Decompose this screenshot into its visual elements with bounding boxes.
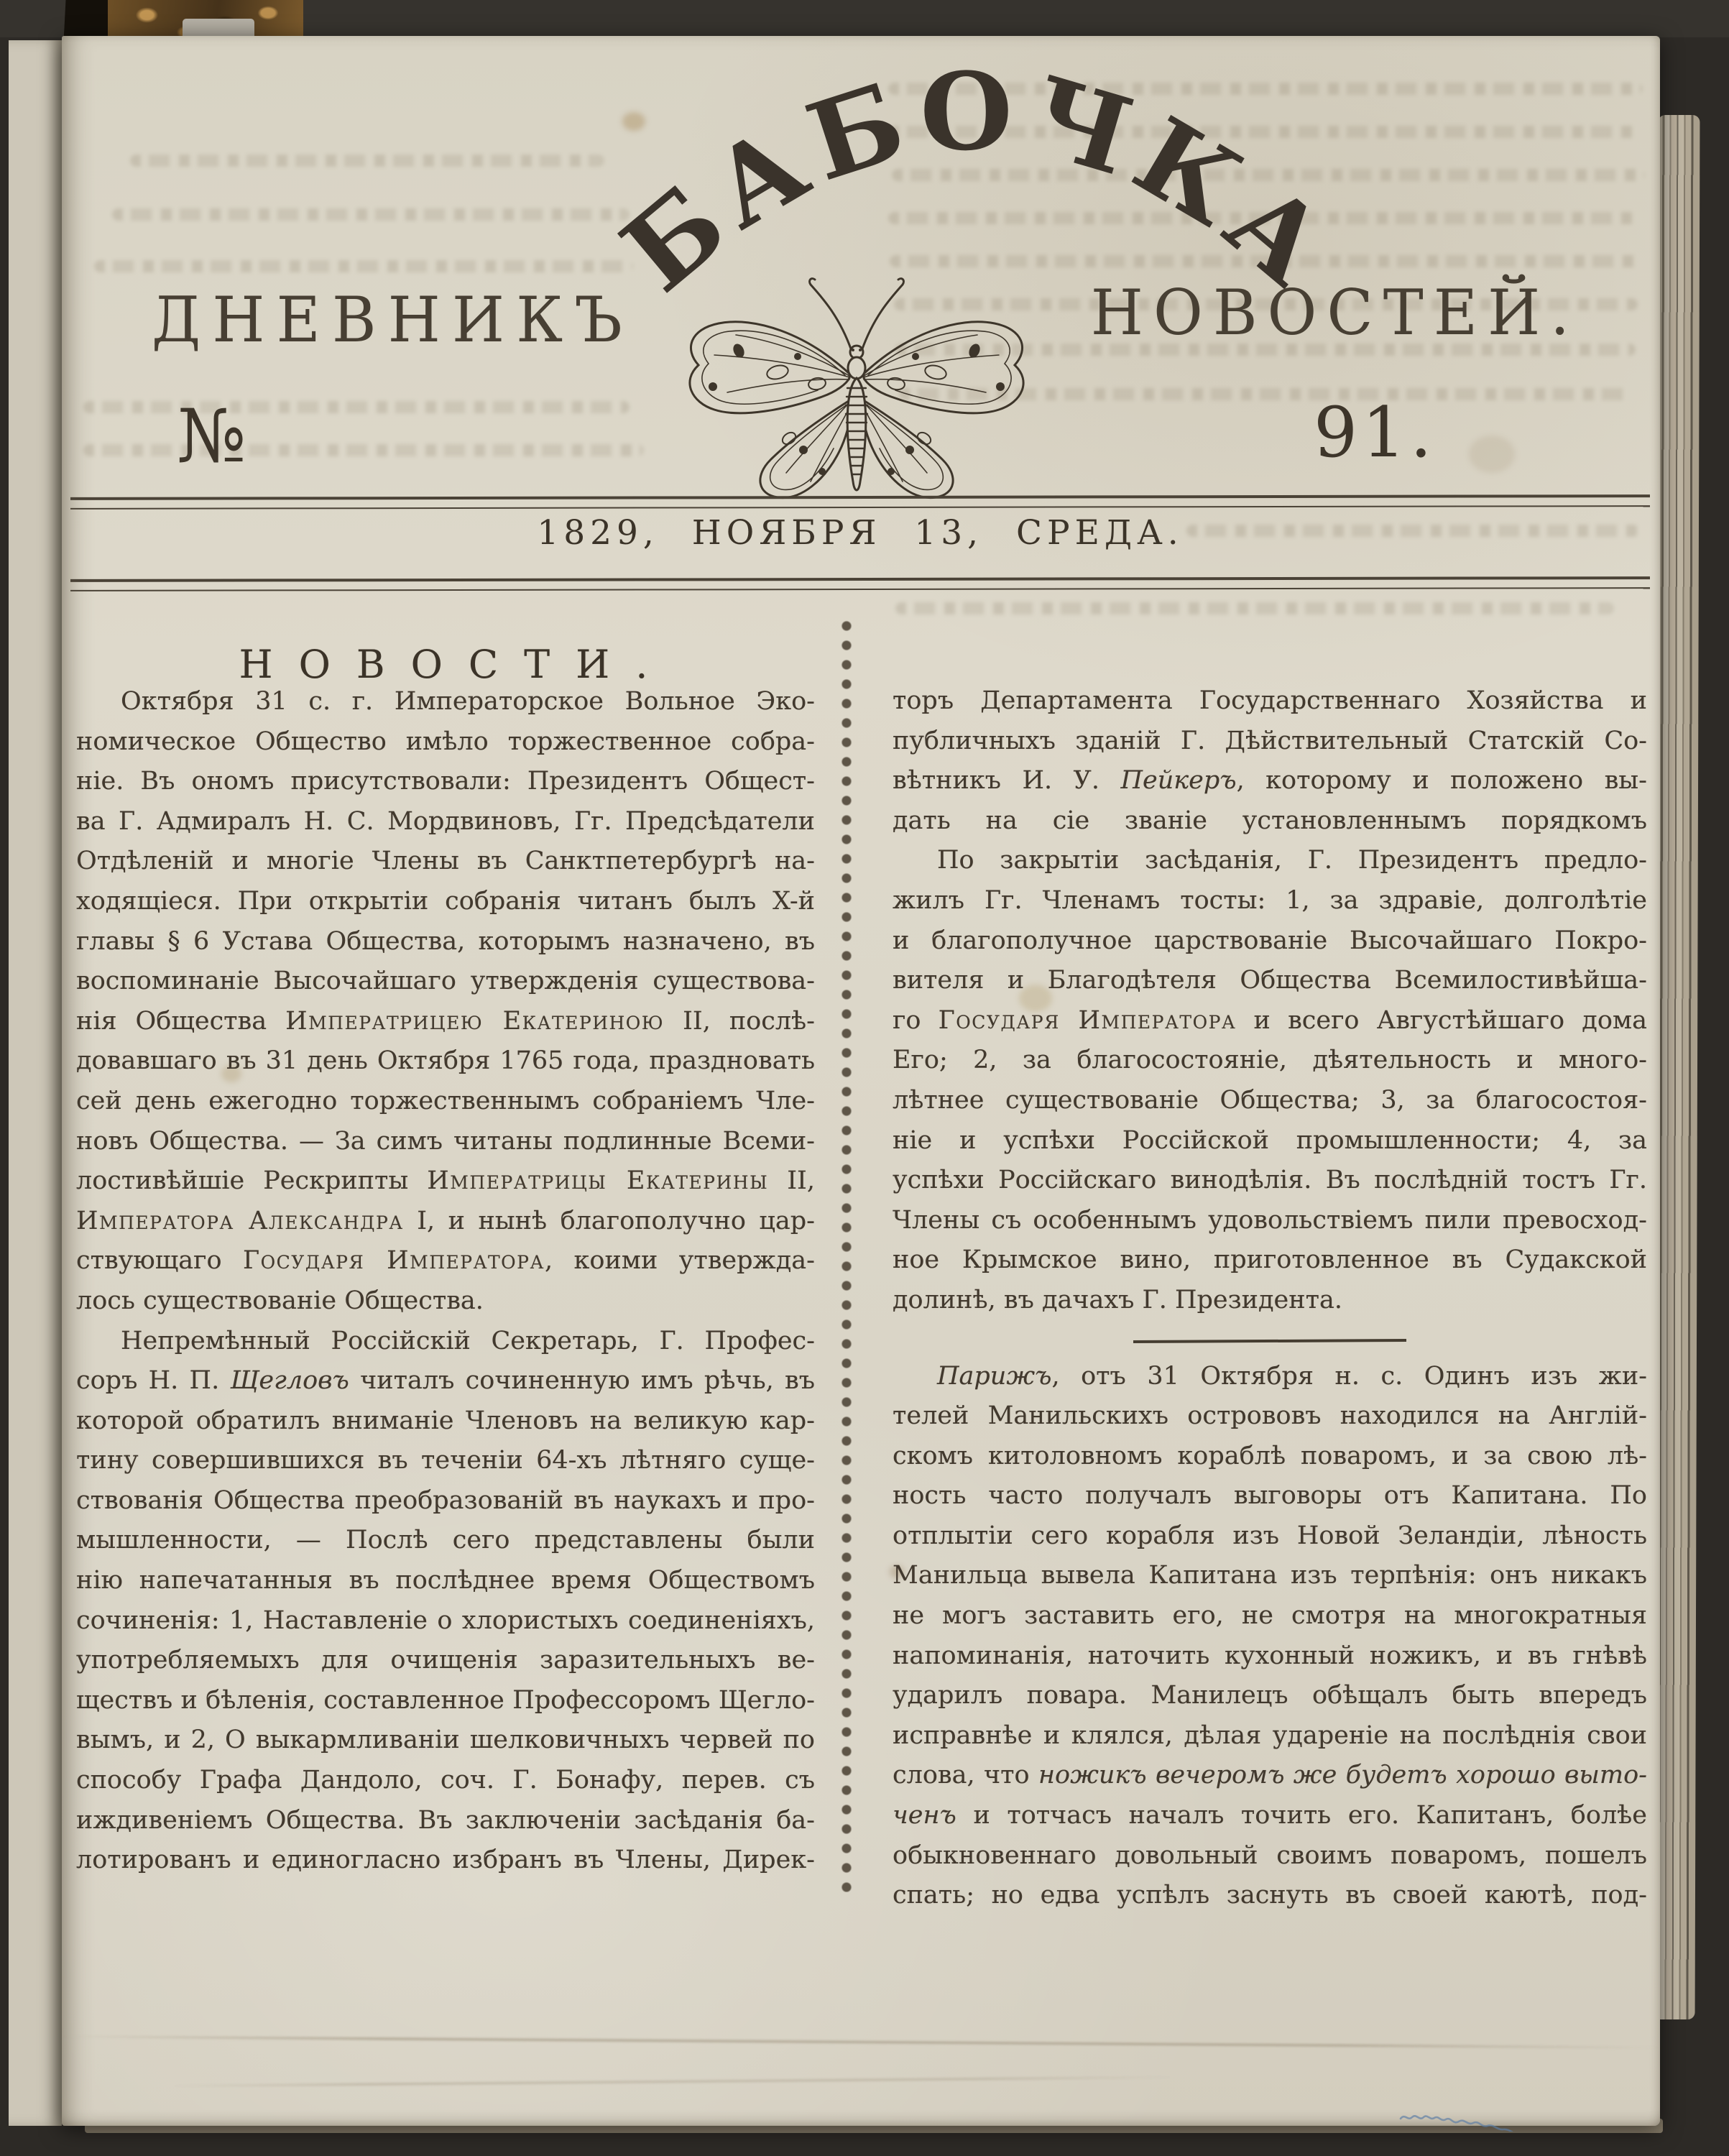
text-line: довавшаго въ 31 день Октября 1765 года, … bbox=[76, 1041, 815, 1082]
text-line: слова, что ножикъ вечеромъ же будетъ хор… bbox=[893, 1756, 1647, 1796]
text-line: успѣхи Россійскаго винодѣлія. Въ послѣдн… bbox=[893, 1161, 1647, 1201]
text-line: жилъ Гг. Членамъ тосты: 1, за здравіе, д… bbox=[893, 881, 1647, 921]
text-line: соръ Н. П. Щегловъ читалъ сочиненную имъ… bbox=[76, 1361, 815, 1401]
newspaper-page: БАБОЧКА ДНЕВНИКЪ НОВОСТЕЙ. № 91. bbox=[62, 36, 1660, 2126]
text-line: обыкновеннаго довольный своимъ поваромъ,… bbox=[893, 1836, 1647, 1876]
masthead-rule-top bbox=[70, 494, 1650, 510]
text-line: воспоминаніе Высочайшаго утвержденія сущ… bbox=[76, 962, 815, 1002]
text-line: ніе. Въ ономъ присутствовали: Президентъ… bbox=[76, 762, 815, 802]
text-line: По закрытіи засѣданія, Г. Президентъ пре… bbox=[893, 841, 1647, 881]
left-column-text: Октября 31 с. г. Императорское Вольное Э… bbox=[76, 682, 815, 1881]
article-separator-rule bbox=[1133, 1339, 1406, 1343]
text-line: Его; 2, за благосостояніе, дѣятельность … bbox=[893, 1041, 1647, 1081]
text-line: торъ Департамента Государственнаго Хозяй… bbox=[893, 681, 1647, 722]
text-line: лось существованіе Общества. bbox=[76, 1281, 815, 1322]
text-line: номическое Общество имѣло торжественное … bbox=[76, 722, 815, 763]
masthead-subtitle-right: НОВОСТЕЙ. bbox=[1091, 276, 1580, 349]
text-line: скомъ китоловномъ кораблѣ поваромъ, и за… bbox=[893, 1437, 1647, 1477]
text-line: сочиненія: 1, Наставленіе о хлористыхъ с… bbox=[76, 1601, 815, 1641]
text-line: нію напечатанныя въ послѣднее время Обще… bbox=[76, 1561, 815, 1601]
bleedthrough-ghost bbox=[94, 260, 633, 272]
butterfly-illustration bbox=[670, 264, 1043, 529]
right-column-text-part1: торъ Департамента Государственнаго Хозяй… bbox=[893, 681, 1647, 1321]
stacked-page-edges bbox=[1654, 115, 1700, 2019]
text-line: ное Крымское вино, приготовленное въ Суд… bbox=[893, 1240, 1647, 1281]
text-line: и благополучное царствованіе Высочайшаго… bbox=[893, 921, 1647, 962]
bleedthrough-ghost bbox=[83, 444, 644, 456]
text-line: способу Графа Дандоло, соч. Г. Бонафу, п… bbox=[76, 1761, 815, 1801]
left-column: НОВОСТИ. Октября 31 с. г. Императорское … bbox=[76, 642, 815, 1881]
dateline: 1829, НОЯБРЯ 13, СРЕДА. bbox=[70, 513, 1650, 553]
bleedthrough-ghost bbox=[112, 208, 630, 221]
text-line: Октября 31 с. г. Императорское Вольное Э… bbox=[76, 682, 815, 722]
paper-crease bbox=[62, 2035, 1660, 2049]
text-line: лѣтнее существованіе Общества; 3, за бла… bbox=[893, 1081, 1647, 1121]
text-line: ществъ и бѣленія, составленное Профессор… bbox=[76, 1681, 815, 1721]
text-line: отплытіи сего корабля изъ Новой Зеландіи… bbox=[893, 1516, 1647, 1557]
masthead-subtitle-left: ДНЕВНИКЪ bbox=[152, 283, 634, 356]
issue-number: 91. bbox=[1314, 392, 1437, 473]
text-line: мышленности, — Послѣ сего представлены б… bbox=[76, 1521, 815, 1561]
text-line: ствующаго Государя Императора, коими утв… bbox=[76, 1241, 815, 1281]
text-line: исправнѣе и клялся, дѣлая удареніе на по… bbox=[893, 1716, 1647, 1756]
text-line: вителя и Благодѣтеля Общества Всемилости… bbox=[893, 961, 1647, 1001]
text-line: ва Г. Адмиралъ Н. С. Мордвиновъ, Гг. Пре… bbox=[76, 802, 815, 842]
masthead-rule-bottom bbox=[70, 576, 1650, 591]
previous-page-edge bbox=[9, 40, 62, 2126]
text-line: публичныхъ зданій Г. Дѣйствительный Стат… bbox=[893, 722, 1647, 762]
text-line: напоминанія, наточить кухонный ножикъ, и… bbox=[893, 1636, 1647, 1677]
text-line: тину совершившихся въ теченіи 64-хъ лѣтн… bbox=[76, 1441, 815, 1481]
text-line: которой обратилъ вниманіе Членовъ на вел… bbox=[76, 1401, 815, 1442]
column-divider-ornament bbox=[838, 617, 855, 1892]
text-line: вѣтникъ И. У. Пейкеръ, которому и положе… bbox=[893, 761, 1647, 801]
bleedthrough-ghost bbox=[83, 401, 630, 413]
text-line: ность часто получалъ выговоры отъ Капита… bbox=[893, 1476, 1647, 1516]
text-line: ходящіеся. При открытіи собранія читанъ … bbox=[76, 882, 815, 922]
text-line: ніе и успѣхи Россійской промышленности; … bbox=[893, 1121, 1647, 1161]
text-line: не могъ заставить его, не смотря на мног… bbox=[893, 1596, 1647, 1636]
issue-number-symbol: № bbox=[177, 394, 246, 479]
text-line: Отдѣленій и многіе Члены въ Санктпетербу… bbox=[76, 842, 815, 882]
text-line: иждивеніемъ Общества. Въ заключеніи засѣ… bbox=[76, 1801, 815, 1841]
text-line: нія Общества Императрицею Екатериною II,… bbox=[76, 1002, 815, 1042]
text-line: ченъ и тотчасъ началъ точить его. Капита… bbox=[893, 1796, 1647, 1836]
bleedthrough-ghost bbox=[130, 155, 604, 167]
text-line: Манильца вывела Капитана изъ терпѣнія: о… bbox=[893, 1556, 1647, 1596]
text-line: ствованія Общества преобразованій въ нау… bbox=[76, 1481, 815, 1521]
text-line: лостивѣйшіе Рескрипты Императрицы Екатер… bbox=[76, 1161, 815, 1202]
scanned-newspaper-page: БАБОЧКА ДНЕВНИКЪ НОВОСТЕЙ. № 91. bbox=[0, 0, 1729, 2156]
text-line: Императора Александра I, и нынѣ благопол… bbox=[76, 1202, 815, 1242]
text-line: вымъ, и 2, О выкармливаніи шелковичныхъ … bbox=[76, 1720, 815, 1761]
text-line: телей Манильскихъ острововъ находился на… bbox=[893, 1396, 1647, 1437]
text-line: Парижъ, отъ 31 Октября н. с. Одинъ изъ ж… bbox=[893, 1357, 1647, 1397]
text-line: сей день ежегодно торжественнымъ собрані… bbox=[76, 1082, 815, 1122]
text-line: лотированъ и единогласно избранъ въ Член… bbox=[76, 1841, 815, 1881]
section-heading-news: НОВОСТИ. bbox=[98, 642, 815, 678]
text-line: ударилъ повара. Манилецъ обѣщалъ быть вп… bbox=[893, 1676, 1647, 1716]
handwritten-annotation bbox=[1397, 2097, 1577, 2132]
text-line: главы § 6 Устава Общества, которымъ назн… bbox=[76, 922, 815, 962]
text-line: дать на сіе званіе установленнымъ порядк… bbox=[893, 801, 1647, 842]
paper-stain bbox=[1469, 436, 1515, 473]
text-line: Члены съ особеннымъ удовольствіемъ пили … bbox=[893, 1201, 1647, 1241]
paper-crease bbox=[170, 2076, 1176, 2087]
text-line: долинѣ, въ дачахъ Г. Президента. bbox=[893, 1281, 1647, 1321]
text-line: спать; но едва успѣлъ заснуть въ своей к… bbox=[893, 1876, 1647, 1916]
text-line: Непремѣнный Россійскій Секретарь, Г. Про… bbox=[76, 1322, 815, 1362]
text-line: употребляемыхъ для очищенія заразительны… bbox=[76, 1641, 815, 1681]
bleedthrough-ghost bbox=[895, 602, 1614, 614]
text-line: го Государя Императора и всего Августѣйш… bbox=[893, 1001, 1647, 1041]
text-line: новъ Общества. — За симъ читаны подлинны… bbox=[76, 1122, 815, 1162]
right-column-text-part2: Парижъ, отъ 31 Октября н. с. Одинъ изъ ж… bbox=[893, 1357, 1647, 1916]
right-column: торъ Департамента Государственнаго Хозяй… bbox=[893, 681, 1647, 1916]
